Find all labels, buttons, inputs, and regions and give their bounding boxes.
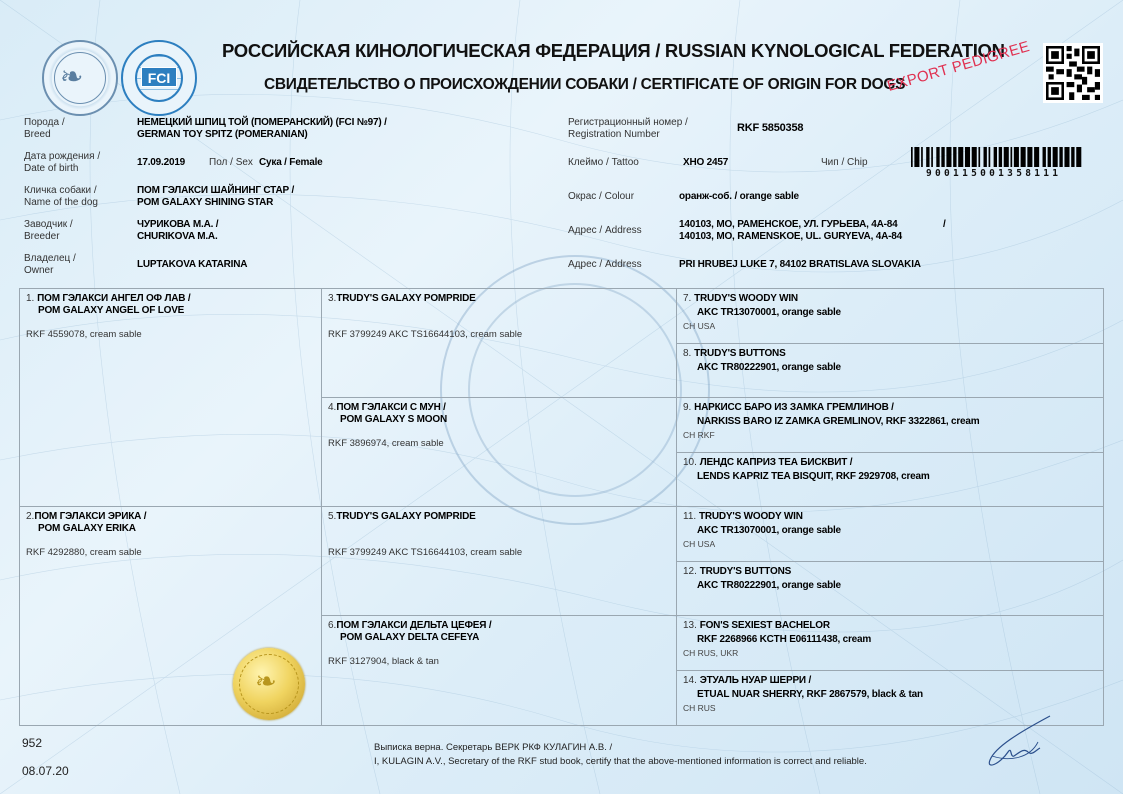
dog-head-icon: ❧ xyxy=(60,60,83,93)
chip-number: 900115001358111 xyxy=(926,168,1061,179)
pedigree-great-grandparent-10: 10. ЛЕНДС КАПРИЗ ТЕА БИСКВИТ /LENDS KAPR… xyxy=(677,453,1103,508)
secretary-signature xyxy=(980,712,1060,772)
owner-label: Владелец /Owner xyxy=(24,253,76,277)
pedigree-grandparent-5: 5.TRUDY'S GALAXY POMPRIDE RKF 3799249 AK… xyxy=(322,507,677,616)
issue-date: 08.07.20 xyxy=(22,764,69,778)
certification-statement: Выписка верна. Секретарь ВЕРК РКФ КУЛАГИ… xyxy=(374,741,867,769)
address-separator: / xyxy=(943,219,946,231)
owner-address-label: Адрес / Address xyxy=(568,259,642,271)
federation-title: РОССИЙСКАЯ КИНОЛОГИЧЕСКАЯ ФЕДЕРАЦИЯ / RU… xyxy=(222,40,1005,62)
pedigree-grandparent-3: 3.TRUDY'S GALAXY POMPRIDE RKF 3799249 AK… xyxy=(322,289,677,398)
owner-value: LUPTAKOVA KATARINA xyxy=(137,259,247,271)
pedigree-great-grandparent-11: 11. TRUDY'S WOODY WINAKC TR13070001, ora… xyxy=(677,507,1103,562)
breed-label: Порода /Breed xyxy=(24,117,65,141)
breeder-label: Заводчик /Breeder xyxy=(24,219,73,243)
dog-name-label: Кличка собаки /Name of the dog xyxy=(24,185,98,209)
colour-label: Окрас / Colour xyxy=(568,191,634,203)
pedigree-grandparent-4: 4.ПОМ ГЭЛАКСИ С МУН /POM GALAXY S MOON R… xyxy=(322,398,677,507)
qr-code[interactable] xyxy=(1043,43,1103,103)
pedigree-great-grandparent-7: 7. TRUDY'S WOODY WINAKC TR13070001, oran… xyxy=(677,289,1103,344)
colour-value: оранж-соб. / orange sable xyxy=(679,191,799,203)
tattoo-value: ХНО 2457 xyxy=(683,157,728,169)
fci-logo-text: FCI xyxy=(141,67,177,87)
pedigree-great-grandparent-8: 8. TRUDY'S BUTTONSAKC TR80222901, orange… xyxy=(677,344,1103,399)
owner-address-value: PRI HRUBEJ LUKE 7, 84102 BRATISLAVA SLOV… xyxy=(679,259,921,271)
sex-value: Сука / Female xyxy=(259,157,323,169)
gold-seal: ❧ xyxy=(233,648,305,720)
pedigree-grandparent-6: 6.ПОМ ГЭЛАКСИ ДЕЛЬТА ЦЕФЕЯ /POM GALAXY D… xyxy=(322,616,677,725)
rkf-logo: ❧ xyxy=(42,40,118,116)
pedigree-great-grandparent-9: 9. НАРКИСС БАРО ИЗ ЗАМКА ГРЕМЛИНОВ /NARK… xyxy=(677,398,1103,453)
pedigree-great-grandparent-13: 13. FON'S SEXIEST BACHELORRKF 2268966 KC… xyxy=(677,616,1103,671)
chip-barcode xyxy=(911,147,1083,167)
pedigree-great-grandparent-12: 12. TRUDY'S BUTTONSAKC TR80222901, orang… xyxy=(677,562,1103,617)
registration-label: Регистрационный номер /Registration Numb… xyxy=(568,117,688,141)
breeder-value: ЧУРИКОВА М.А. /CHURIKOVA M.A. xyxy=(137,219,218,243)
qr-code-icon xyxy=(1046,46,1100,100)
fci-logo: FCI xyxy=(121,40,197,116)
dob-label: Дата рождения /Date of birth xyxy=(24,151,100,175)
breed-value: НЕМЕЦКИЙ ШПИЦ ТОЙ (ПОМЕРАНСКИЙ) (FCI №97… xyxy=(137,117,387,141)
document-number: 952 xyxy=(22,736,42,750)
pedigree-table: 1. ПОМ ГЭЛАКСИ АНГЕЛ ОФ ЛАВ /POM GALAXY … xyxy=(19,288,1104,726)
breeder-address-value: 140103, МО, РАМЕНСКОЕ, УЛ. ГУРЬЕВА, 4А-8… xyxy=(679,219,902,243)
dob-value: 17.09.2019 xyxy=(137,157,185,169)
dog-name-value: ПОМ ГЭЛАКСИ ШАЙНИНГ СТАР /POM GALAXY SHI… xyxy=(137,185,294,209)
sex-label: Пол / Sex xyxy=(209,157,253,169)
certificate-title: СВИДЕТЕЛЬСТВО О ПРОИСХОЖДЕНИИ СОБАКИ / C… xyxy=(264,76,905,94)
breeder-address-label: Адрес / Address xyxy=(568,225,642,237)
chip-label: Чип / Chip xyxy=(821,157,868,169)
tattoo-label: Клеймо / Tattoo xyxy=(568,157,639,169)
pedigree-parent-1: 1. ПОМ ГЭЛАКСИ АНГЕЛ ОФ ЛАВ /POM GALAXY … xyxy=(20,289,322,507)
dog-head-icon: ❧ xyxy=(255,666,277,697)
registration-value: RKF 5850358 xyxy=(737,122,803,134)
